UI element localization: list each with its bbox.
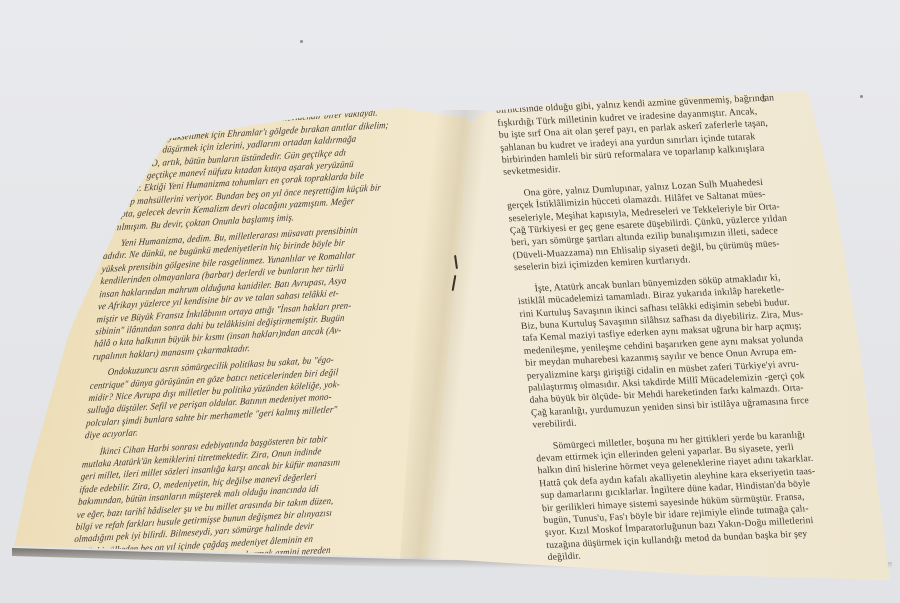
left-paragraph-0: çalışmışlardır. Neden diyeceksiniz, hâlâ… <box>105 93 421 235</box>
pencil-bracket-mark <box>453 255 459 295</box>
right-paragraph-3: Sömürgeci milletler, boşuna mı her gitti… <box>534 425 898 564</box>
left-paragraph-1: Yeni Humanizma, dedim. Bu, milletleraras… <box>92 222 408 364</box>
open-booklet: 4 çalışmışlardır. Neden diyeceksiniz, hâ… <box>0 0 900 603</box>
right-page-text: bulacaktı? Gerçi Atatürk Kurtuluş Savaşı… <box>494 77 898 565</box>
left-paragraph-2: Ondokuzuncu asrın sömürgecilik politikas… <box>84 351 395 443</box>
left-page-number: 4 <box>161 113 165 122</box>
left-page-text: çalışmışlardır. Neden diyeceksiniz, hâlâ… <box>71 92 447 572</box>
right-paragraph-1: Ona göre, yalnız Dumlupınar, yalnız Loza… <box>505 173 865 275</box>
right-paragraph-0: bulacaktı? Gerçi Atatürk Kurtuluş Savaşı… <box>494 77 854 179</box>
right-paragraph-2: İşte, Atatürk ancak bunları bünyemizden … <box>516 268 883 432</box>
left-paragraph-3: İkinci Cihan Harbi sonrası edebiyatında … <box>71 430 387 572</box>
